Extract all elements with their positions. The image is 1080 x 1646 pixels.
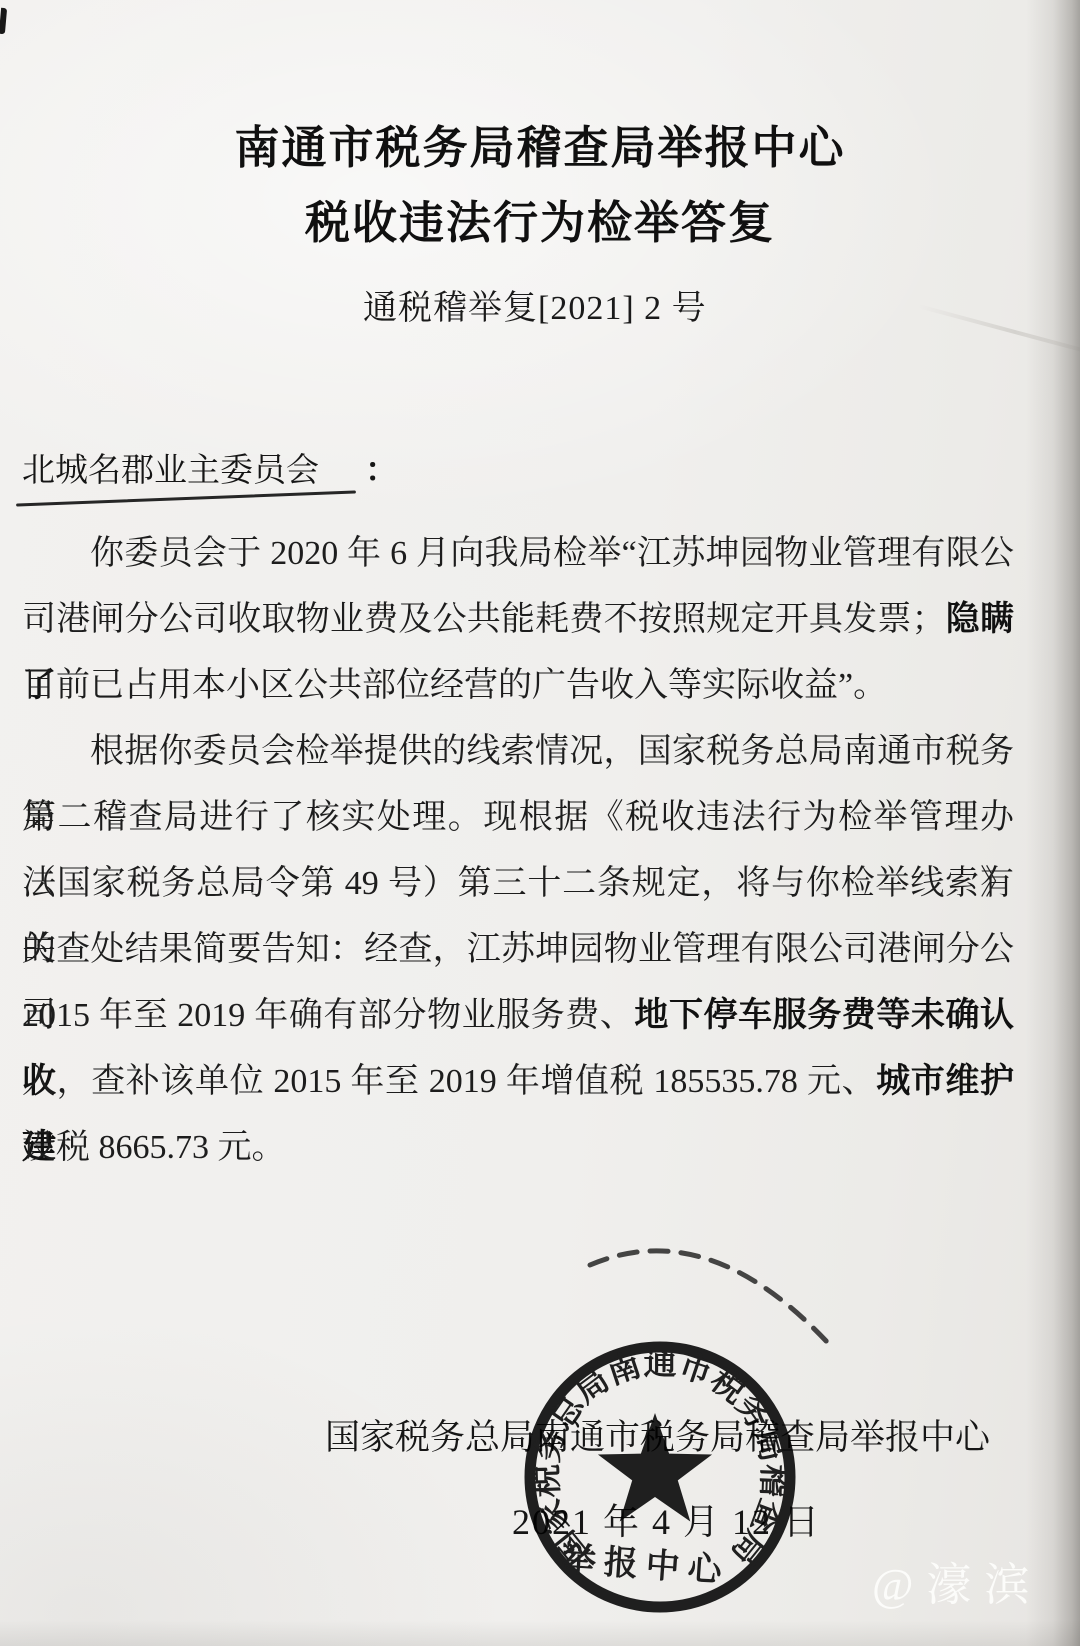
addressee-name: 北城名郡业主委员会 [22, 453, 319, 489]
addressee-colon: ： [365, 453, 398, 489]
para1-line1: 你委员会于 2020 年 6 月向我局检举“江苏坤园物业管理有限公 [22, 521, 1014, 587]
para1-line2: 司港闸分公司收取物业费及公共能耗费不按照规定开具发票；隐瞒了 [22, 587, 1014, 653]
para2-line1: 根据你委员会检举提供的线索情况，国家税务总局南通市税务局 [22, 719, 1014, 785]
letter-title-line1: 南通市税务局稽查局举报中心 [0, 118, 1080, 178]
para2-line3: （国家税务总局令第 49 号）第三十二条规定，将与你检举线索有关 [22, 851, 1014, 917]
para2-line6: 入，查补该单位 2015 年至 2019 年增值税 185535.78 元、城市… [22, 1049, 1014, 1115]
para2-line2: 第二稽查局进行了核实处理。现根据《税收违法行为检举管理办法》 [22, 785, 1014, 851]
para1-line2-text: 司港闸分公司收取物业费及公共能耗费不按照规定开具发票； [22, 601, 946, 638]
official-seal: 国家税务总局南通市税务局稽查局 举报中心 [490, 1307, 830, 1646]
para2-line6-text: 入，查补该单位 2015 年至 2019 年增值税 185535.78 元、 [22, 1063, 876, 1100]
addressee-line: 北城名郡业主委员会： [22, 449, 398, 493]
document-number: 通税稽举复[2021] 2 号 [363, 286, 707, 332]
para2-line5: 2015 年至 2019 年确有部分物业服务费、地下停车服务费等未确认收 [22, 983, 1014, 1049]
para2-line4: 的查处结果简要告知：经查，江苏坤园物业管理有限公司港闸分公司 [22, 917, 1014, 983]
scan-edge-mark [0, 8, 7, 34]
para2-line5-text: 2015 年至 2019 年确有部分物业服务费、 [22, 997, 634, 1034]
watermark-text: @濠滨 [872, 1548, 1042, 1613]
letter-title-line2: 税收违法行为检举答复 [0, 193, 1080, 253]
scanned-letter-page: 南通市税务局稽查局举报中心 税收违法行为检举答复 通税稽举复[2021] 2 号… [0, 0, 1080, 1646]
para1-line3: 目前已占用本小区公共部位经营的广告收入等实际收益”。 [22, 653, 1014, 719]
letter-body: 你委员会于 2020 年 6 月向我局检举“江苏坤园物业管理有限公 司港闸分公司… [22, 521, 1014, 1181]
para2-line7: 设税 8665.73 元。 [22, 1115, 1014, 1181]
seal-star-icon [598, 1413, 712, 1522]
